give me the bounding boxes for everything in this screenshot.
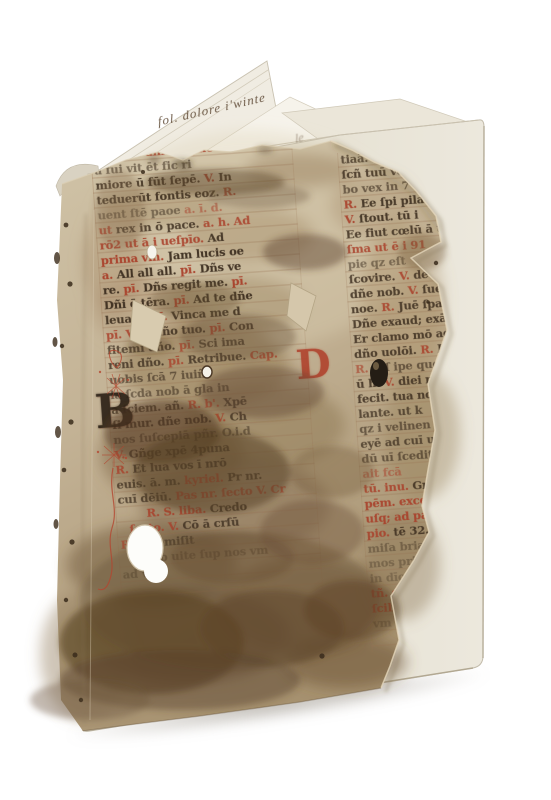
photo-canvas: fol. dolore i'winte le e loſ un dñica ap… [0,0,551,800]
book-overlay-art [0,0,551,800]
